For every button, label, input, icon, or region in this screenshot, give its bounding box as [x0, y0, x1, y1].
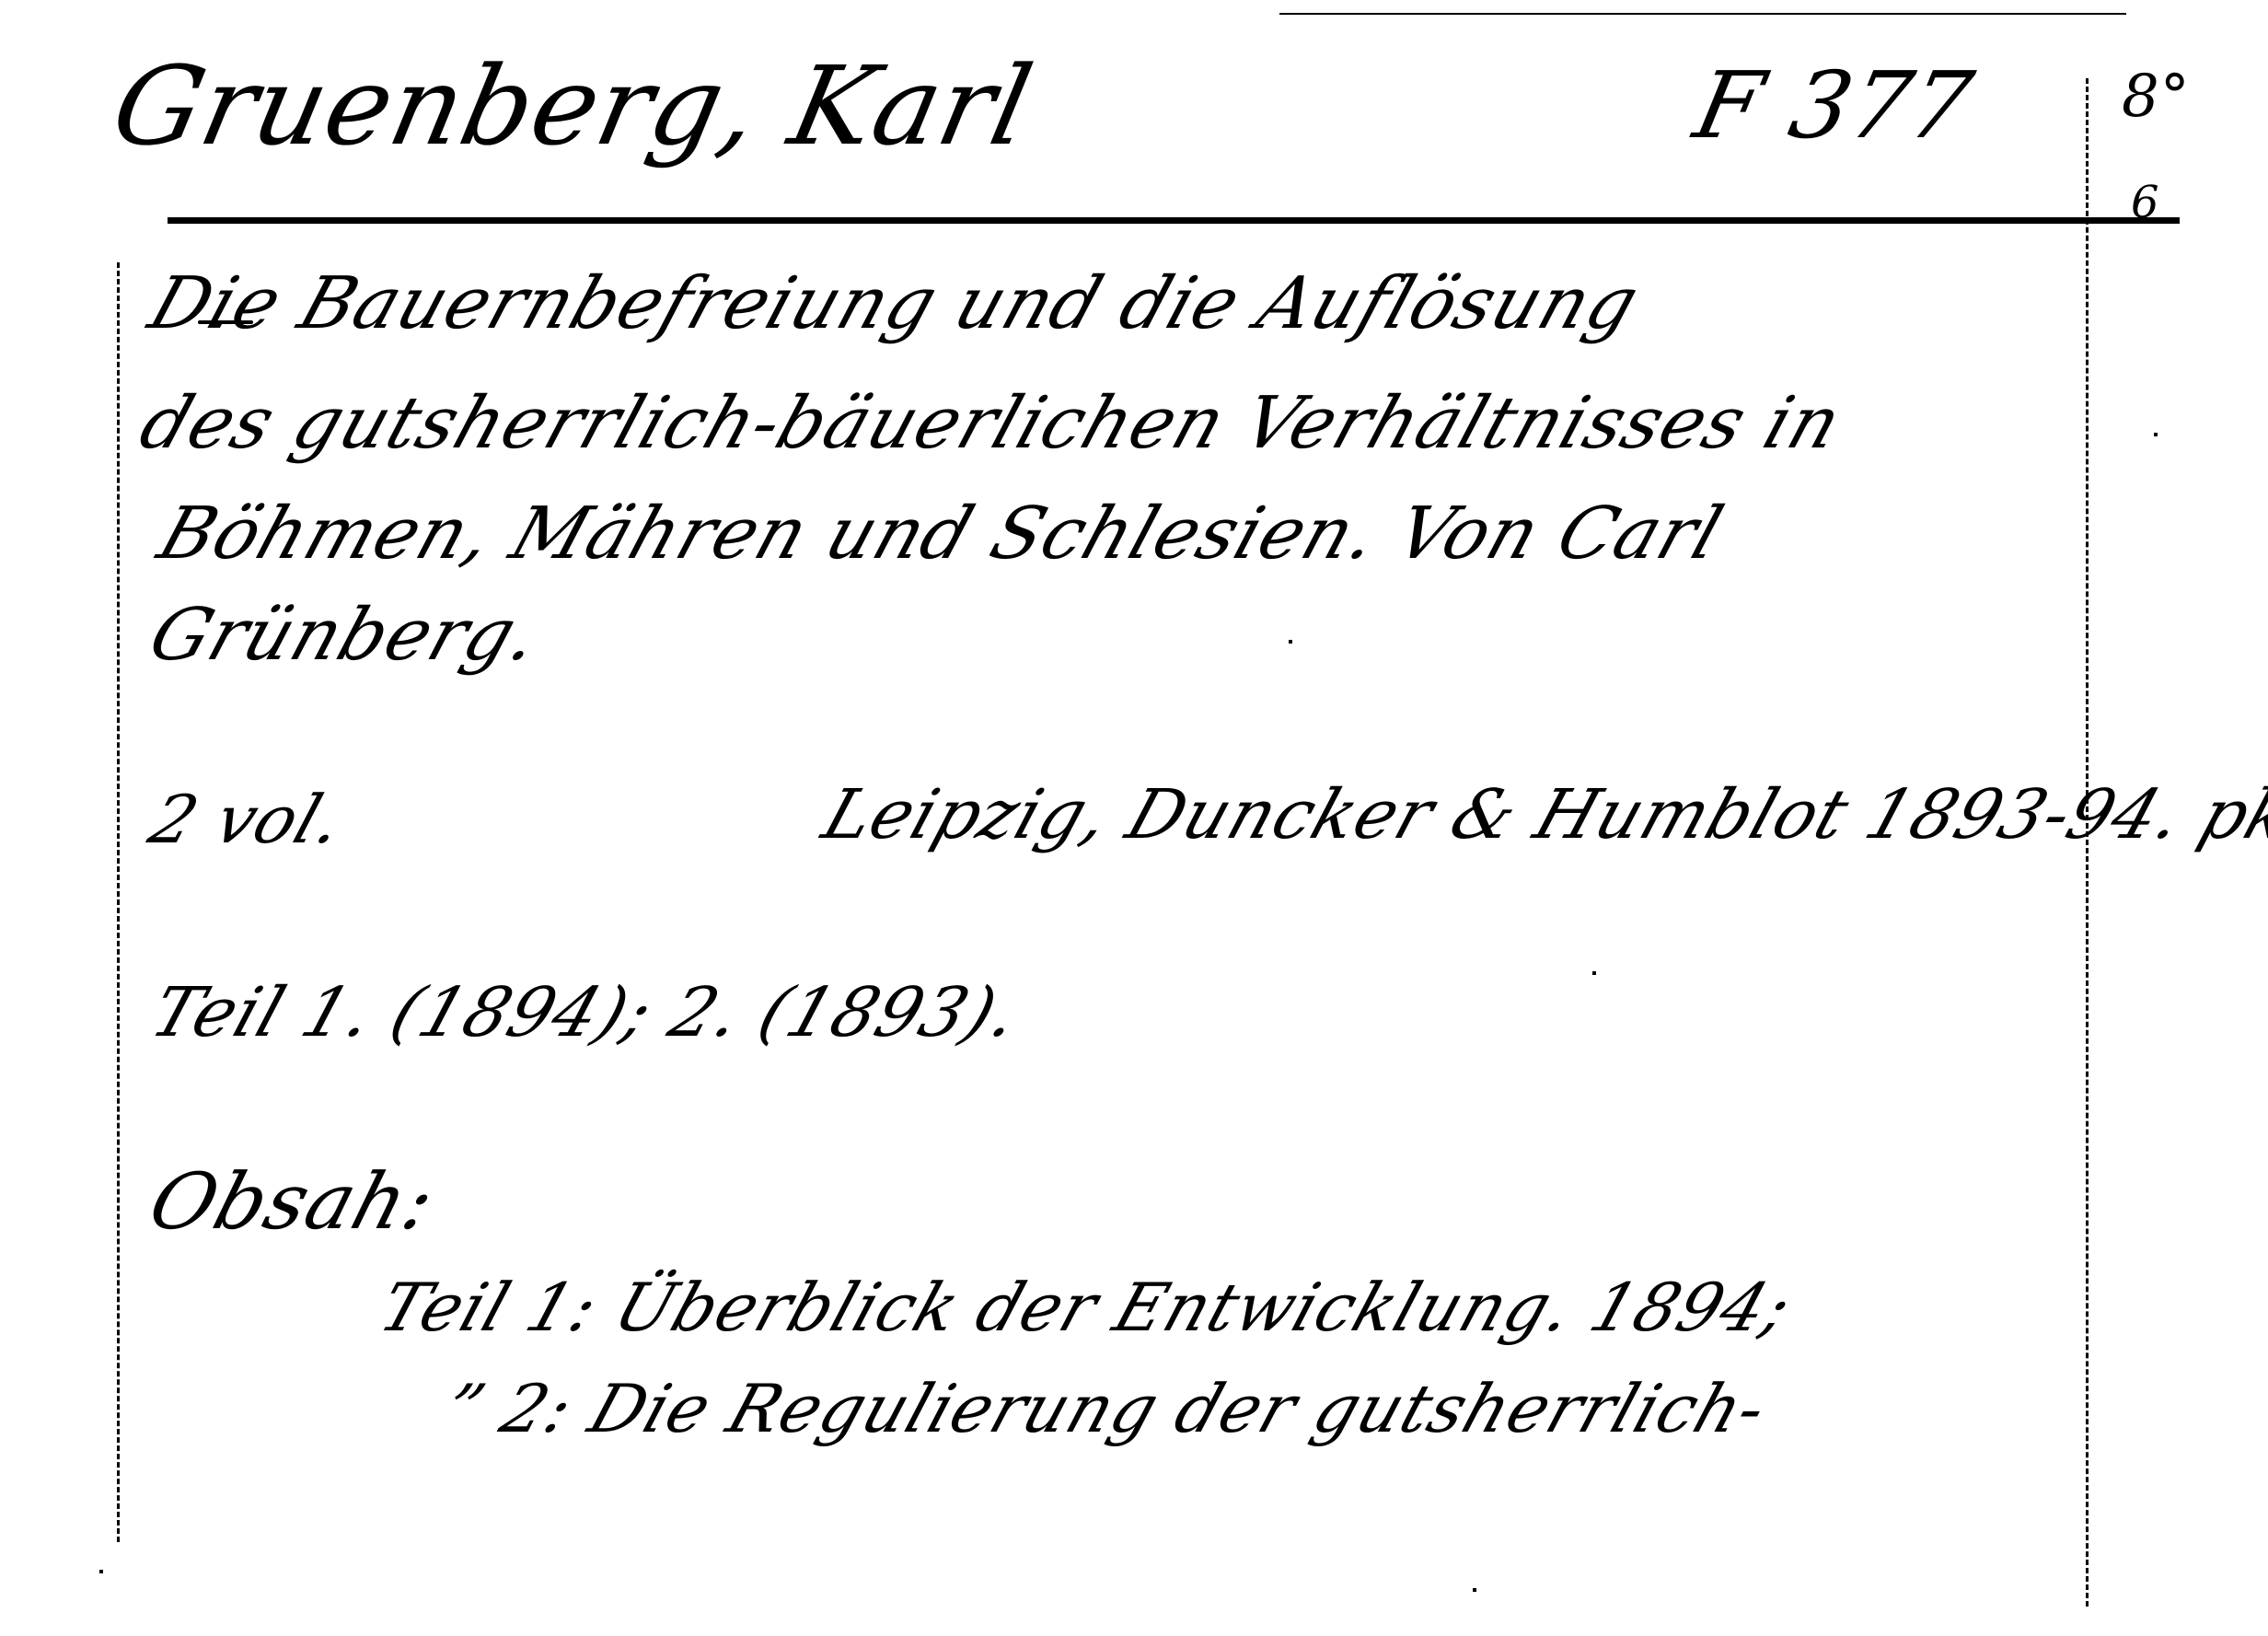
title-line-3: Böhmen, Mähren und Schlesien. Von Carl: [147, 488, 1734, 580]
catalog-card: Gruenberg, Karl F 377 8° 6 Die Bauernbef…: [0, 0, 2268, 1636]
scan-speck: [1289, 640, 1292, 644]
left-margin-line: [117, 262, 120, 1542]
scan-speck: [1592, 971, 1596, 975]
scan-speck: [2154, 433, 2158, 436]
author-heading: Gruenberg, Karl: [101, 37, 1044, 175]
scan-speck: [99, 1570, 103, 1573]
scan-speck: [1473, 1588, 1476, 1592]
heading-divider-thin: [168, 219, 536, 222]
title-underline: [198, 320, 253, 324]
top-faint-rule: [1279, 13, 2126, 15]
format-mark: 8°: [2122, 55, 2191, 138]
parts-note: Teil 1. (1894); 2. (1893).: [138, 962, 1033, 1063]
call-number: F 377: [1684, 46, 1984, 166]
title-line-4: Grünberg.: [138, 589, 552, 681]
title-line-2: des gutsherrlich-bäuerlichen Verhältniss…: [129, 377, 1853, 470]
contents-label: Obsah:: [138, 1151, 447, 1252]
contents-item-2: ” 2: Die Regulierung der gutsherrlich-: [433, 1363, 1779, 1455]
heading-divider: [168, 217, 2180, 224]
volume-count: 2 vol.: [138, 773, 356, 865]
contents-item-1: Teil 1: Überblick der Entwicklung. 1894;: [368, 1261, 1804, 1353]
title-line-1: Die Bauernbefreiung und die Auflösung: [138, 258, 1650, 350]
imprint: Leipzig, Duncker & Humblot 1893-94. pkš: [810, 764, 2268, 865]
